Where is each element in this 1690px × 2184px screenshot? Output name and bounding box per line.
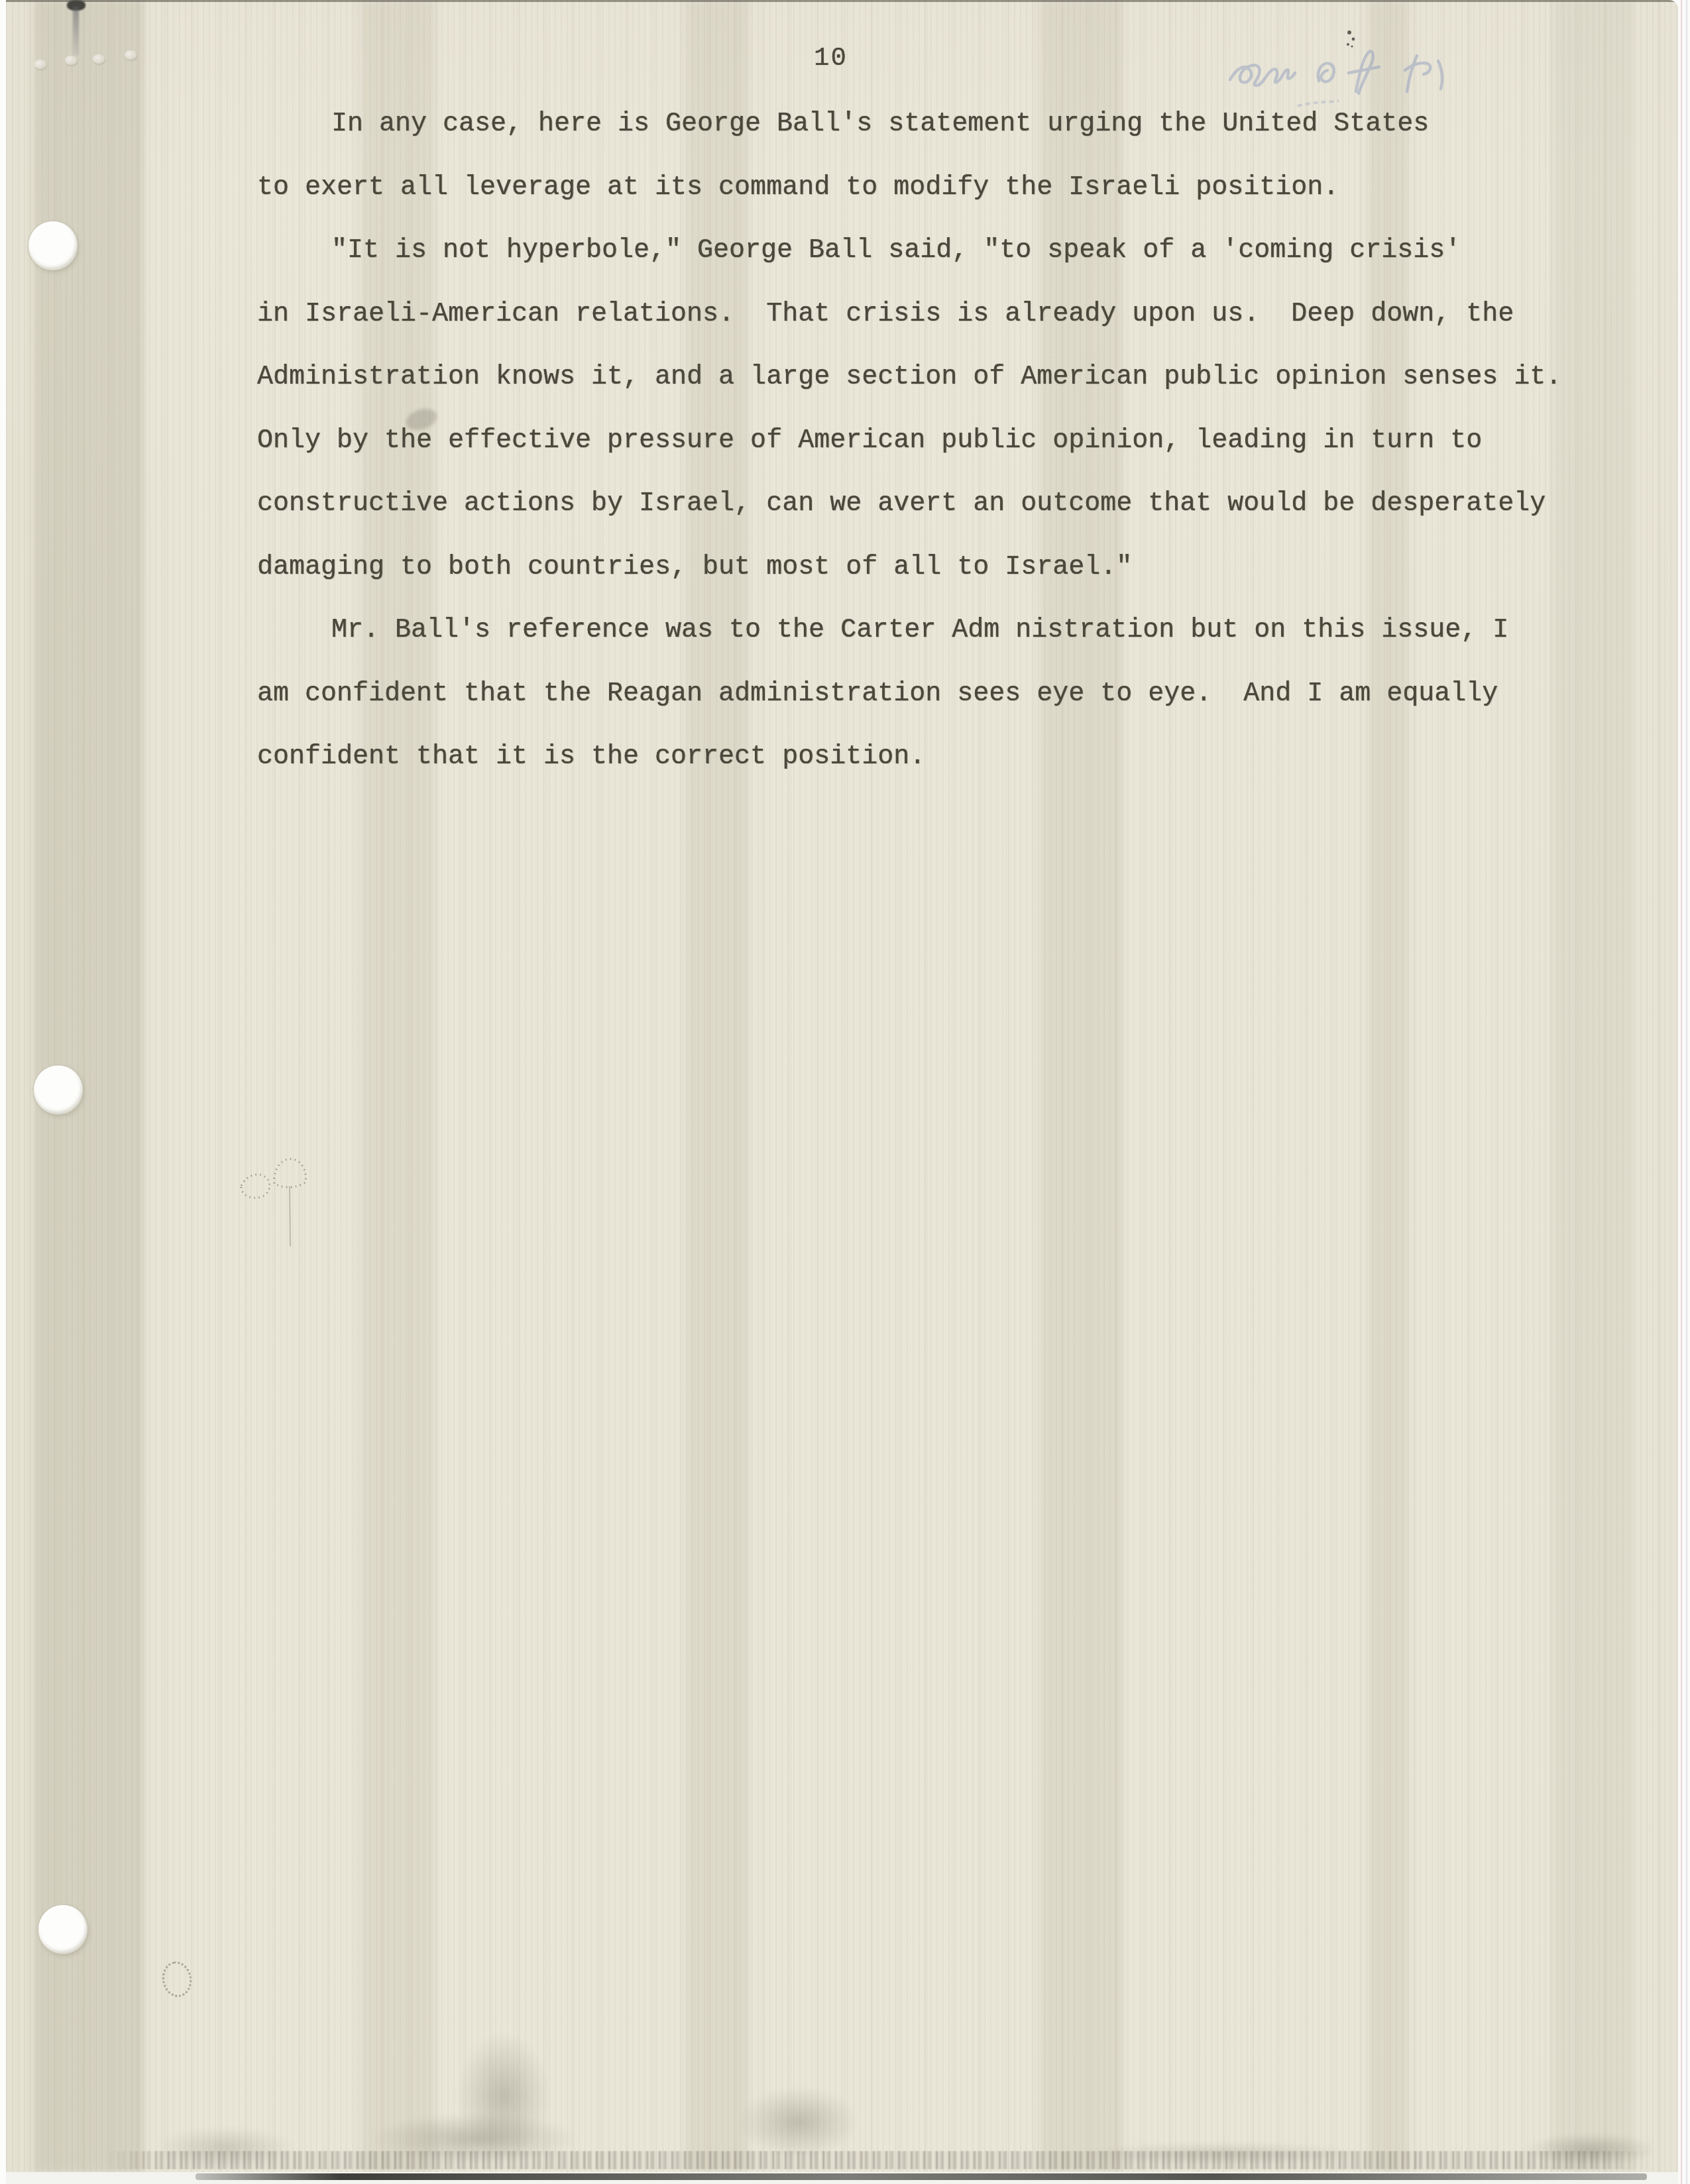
hole-punch <box>38 1905 87 1954</box>
typewritten-text: In any case, here is George Ball's state… <box>257 93 1556 789</box>
page-bottom-edge-shadow <box>196 2173 1647 2180</box>
typewritten-line: to exert all leverage at its command to … <box>257 156 1556 220</box>
staple-dent <box>93 54 105 64</box>
typewritten-line: Only by the effective pressure of Americ… <box>257 409 1556 473</box>
hole-punch <box>28 221 78 270</box>
typewritten-line: constructive actions by Israel, can we a… <box>257 472 1556 536</box>
typewritten-line: Administration knows it, and a large sec… <box>257 346 1556 409</box>
typewritten-line: confident that it is the correct positio… <box>257 726 1556 789</box>
scan-edge-line <box>1681 0 1682 2184</box>
toner-band <box>105 2151 1652 2169</box>
scan-edge-line <box>1686 0 1687 2184</box>
page-top-edge <box>0 0 1678 2</box>
typewritten-line: In any case, here is George Ball's state… <box>257 93 1556 156</box>
typewritten-line: damaging to both countries, but most of … <box>257 536 1556 600</box>
typewritten-line: "It is not hyperbole," George Ball said,… <box>257 219 1556 283</box>
streak-band <box>1554 0 1630 2172</box>
scanned-document: 10 In any case, here is George Ba <box>0 0 1690 2184</box>
pencil-doodle-icon <box>219 1122 398 1264</box>
typewritten-line: Mr. Ball's reference was to the Carter A… <box>257 599 1556 663</box>
scan-edge-right <box>1678 0 1690 2184</box>
staple-dent <box>125 50 137 60</box>
typewritten-line: am confident that the Reagan administrat… <box>257 663 1556 726</box>
staple-dent <box>65 56 77 65</box>
staple-dent <box>34 60 46 69</box>
scan-edge-left <box>0 0 6 2184</box>
toner-smudge <box>739 2087 858 2157</box>
paper-page: 10 In any case, here is George Ba <box>0 0 1678 2172</box>
page-number: 10 <box>814 44 848 73</box>
hole-punch <box>34 1065 83 1115</box>
ink-drip-smudge <box>73 7 79 56</box>
typewritten-line: in Israeli-American relations. That cris… <box>257 283 1556 347</box>
